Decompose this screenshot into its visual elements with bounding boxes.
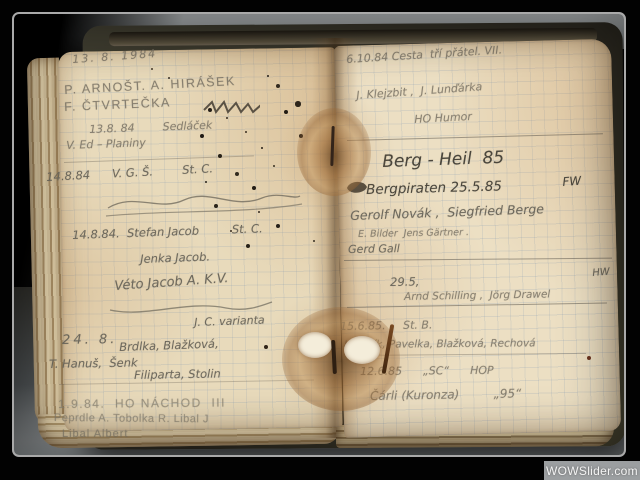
handwritten-entry: Arnd Schilling , Jörg Drawel bbox=[404, 289, 550, 302]
handwritten-entry: Filiparta, Stolin bbox=[134, 368, 221, 381]
handwritten-entry: E. Bilder Jens Gärtner . bbox=[358, 228, 469, 239]
handwritten-entry: V. Ed – Planiny bbox=[66, 137, 146, 151]
handwritten-entry: Libal Albert bbox=[62, 429, 128, 440]
handwritten-entry: 29.5, bbox=[390, 276, 419, 288]
torn-paper-hole bbox=[298, 332, 332, 358]
ink-speckles bbox=[14, 14, 16, 16]
handwritten-entry: Jenka Jacob. bbox=[140, 252, 210, 266]
signature-flourish bbox=[104, 186, 304, 220]
crossed-out-scribble bbox=[200, 98, 260, 116]
torn-paper-hole bbox=[344, 336, 380, 364]
handwritten-entry: HO Humor bbox=[414, 111, 472, 125]
handwritten-entry: Gerd Gall bbox=[348, 243, 400, 255]
handwritten-entry: J. C. varianta bbox=[194, 315, 265, 328]
wowslider-watermark-link[interactable]: WOWSlider.com bbox=[544, 461, 640, 480]
handwritten-entry: 24. 8. bbox=[62, 333, 117, 347]
burn-stain-bottom bbox=[282, 307, 400, 411]
burn-stain-top bbox=[297, 108, 371, 196]
handwritten-entry: Berg - Heil 85 bbox=[382, 150, 505, 171]
handwritten-entry: FW bbox=[562, 175, 582, 188]
handwritten-entry: Peprdle A. Tobolka R. Libal J bbox=[54, 413, 209, 425]
handwritten-entry: T. Hanuš, Šenk bbox=[49, 357, 138, 370]
handwritten-entry: HW bbox=[592, 267, 610, 278]
slide-frame: 13. 8. 1984 P. ARNOŠT. A. HIRÁŠEK F. ČTV… bbox=[0, 0, 640, 480]
handwritten-entry: 1.9.84. HO NÁCHOD III bbox=[58, 397, 226, 410]
notebook-photo: 13. 8. 1984 P. ARNOŠT. A. HIRÁŠEK F. ČTV… bbox=[12, 12, 626, 457]
